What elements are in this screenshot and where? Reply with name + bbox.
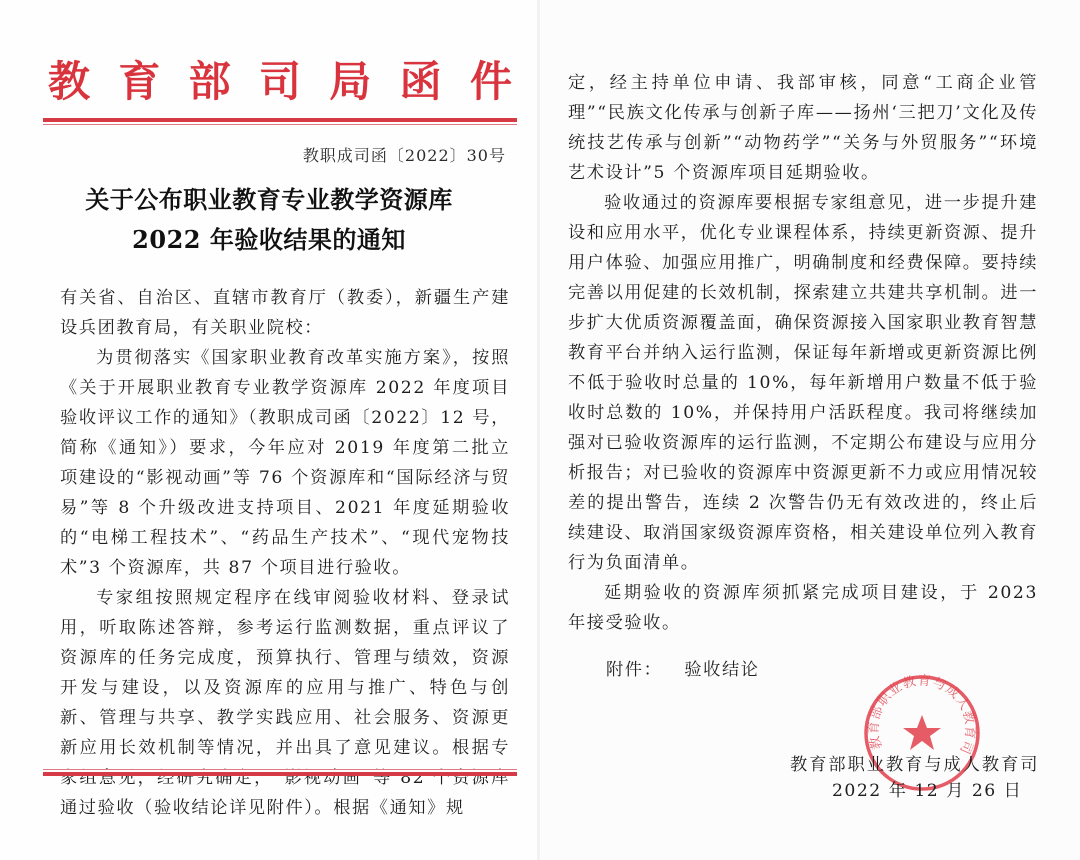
letterhead-red-rule [43, 118, 517, 125]
letterhead-char: 件 [466, 57, 516, 107]
issue-date: 2022 年 12 月 26 日 [832, 776, 1022, 801]
seal-text: 教育部职业教育与成人教育司 [866, 673, 979, 757]
body-paragraph: 专家组按照规定程序在线审阅验收材料、登录试用，听取陈述答辩，参考运行监测数据，重… [60, 583, 510, 823]
body-paragraph-continuation: 定，经主持单位申请、我部审核，同意“工商企业管理”“民族文化传承与创新子库——扬… [568, 68, 1038, 188]
body-paragraph: 验收通过的资源库要根据专家组意见，进一步提升建设和应用水平，优化专业课程体系，持… [568, 188, 1038, 578]
body-paragraph: 为贯彻落实《国家职业教育改革实施方案》，按照《关于开展职业教育专业教学资源库 2… [60, 343, 510, 583]
footer-red-rule [43, 769, 517, 776]
document-number: 教职成司函〔2022〕30号 [303, 143, 506, 166]
letterhead-char: 司 [255, 57, 305, 107]
document-title-line-1: 关于公布职业教育专业教学资源库 [0, 180, 538, 215]
salutation: 有关省、自治区、直辖市教育厅（教委），新疆生产建设兵团教育局，有关职业院校： [60, 283, 510, 343]
right-body-text: 定，经主持单位申请、我部审核，同意“工商企业管理”“民族文化传承与创新子库——扬… [568, 68, 1038, 638]
letterhead: 教 育 部 司 局 函 件 [44, 57, 516, 107]
issuing-department: 教育部职业教育与成人教育司 [790, 750, 1039, 775]
letterhead-char: 局 [325, 57, 375, 107]
body-paragraph: 延期验收的资源库须抓紧完成项目建设，于 2023 年接受验收。 [568, 578, 1038, 638]
left-body-text: 有关省、自治区、直辖市教育厅（教委），新疆生产建设兵团教育局，有关职业院校： 为… [60, 283, 510, 823]
letterhead-char: 教 [44, 57, 94, 107]
svg-text:教育部职业教育与成人教育司: 教育部职业教育与成人教育司 [866, 673, 979, 757]
letterhead-char: 部 [185, 57, 235, 107]
document-title-line-2: 2022 年验收结果的通知 [0, 220, 538, 255]
letterhead-char: 育 [114, 57, 164, 107]
attachment-value: 验收结论 [684, 660, 759, 680]
official-seal-icon: 教育部职业教育与成人教育司 [862, 673, 982, 793]
document-page-left: 教 育 部 司 局 函 件 教职成司函〔2022〕30号 关于公布职业教育专业教… [0, 0, 538, 860]
attachment-line: 附件：验收结论 [606, 655, 760, 680]
attachment-label: 附件： [606, 660, 662, 680]
letterhead-char: 函 [396, 57, 446, 107]
